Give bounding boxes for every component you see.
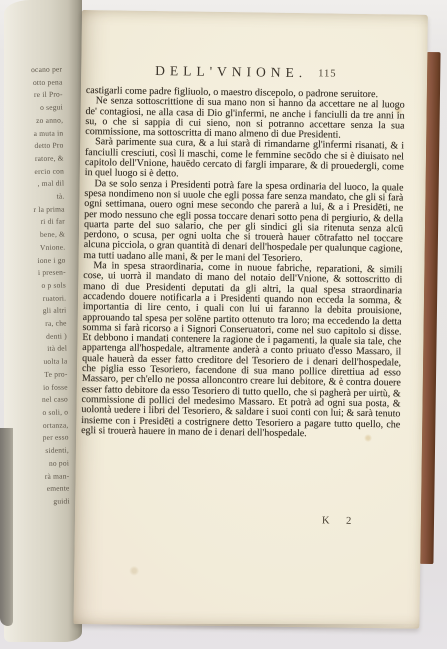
body-text: castigarli come padre figliuolo, o maest… [81,86,405,441]
page-shadow [86,624,430,632]
page-edge-fragment: per esso [11,432,69,446]
page-edge-fragment: nel caso [10,394,68,408]
page-edge-fragment: r la prima [7,203,65,217]
running-head-title: DELL'VNIONE. [155,63,307,81]
paragraph: Ne senza sottoscrittione di sua mano non… [85,96,405,142]
page-edge-fragment: gli altri [8,305,66,319]
page-edge-fragment: o segui [5,102,63,116]
page-number: 115 [318,68,337,79]
page-edge-fragment: ercio con [6,165,64,179]
page-edge-fragment: detto Pro [5,140,63,154]
page-edge-fragment: bene, & [7,229,65,243]
page-edge-fragment: sidenti, [11,445,69,459]
page-edge-fragment: uolta la [9,356,67,370]
page-edge-fragment: zo anno, [5,114,63,128]
paragraph: Ma in spesa straordinaria, come in nuoue… [81,261,402,440]
page-edge-fragment: , mal dil [6,178,64,192]
page-edge-fragment: guidi [12,495,70,509]
page-edge-fragment: ocano per [4,64,62,78]
page-edge-fragment: ione i go [7,254,65,268]
page-edge-fragment: otto pena [4,76,62,90]
page-edge-fragment: rà man- [11,470,69,484]
left-page-edge: ocano perotto penare il Pro-o seguizo an… [4,0,82,642]
paragraph: Da se solo senza i Presidenti potrà fare… [83,179,403,266]
paragraph: Sarà parimente sua cura, & a lui starà d… [85,138,405,184]
book-page: DELL'VNIONE. 115 castigarli come padre f… [73,10,428,629]
running-head: DELL'VNIONE. 115 [81,62,427,83]
page-edge-fragment: re il Pro- [5,89,63,103]
page-edge-fragment: ità del [9,343,67,357]
page-edge-fragments: ocano perotto penare il Pro-o seguizo an… [4,64,70,510]
page-edge-fragment: tà. [6,191,64,205]
page-edge-fragment: emente [11,483,69,497]
page-edge-fragment: o soli, o [10,406,68,420]
page-edge-fragment: no poi [11,457,69,471]
page-edge-fragment: i presen- [8,267,66,281]
left-cover-edge [0,428,13,626]
page-edge-fragment: Vnione. [7,241,65,255]
signature-mark: K 2 [322,515,359,527]
page-edge-fragment: ratore, & [6,152,64,166]
page-edge-fragment: ri di far [7,216,65,230]
page-edge-fragment: ruatori. [8,292,66,306]
page-edge-fragment: io fosse [10,381,68,395]
page-edge-fragment: o p sols [8,279,66,293]
page-edge-fragment: a muta in [5,127,63,141]
page-edge-fragment: ortanza, [10,419,68,433]
photo-background: ocano perotto penare il Pro-o seguizo an… [0,0,447,649]
page-edge-fragment: ra, che [9,318,67,332]
page-edge-fragment: Te pro- [9,368,67,382]
page-edge-fragment: denti ) [9,330,67,344]
